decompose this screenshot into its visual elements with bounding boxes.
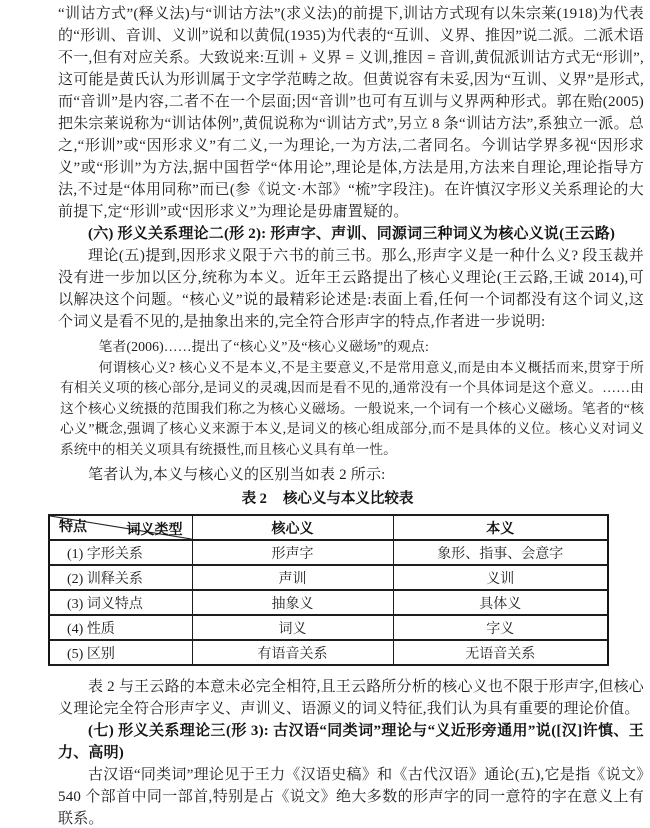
row-feature-cell: (1) 字形关系 [49, 540, 192, 565]
row-core-cell: 有语音关系 [192, 640, 393, 665]
row-feature-cell: (4) 性质 [49, 615, 192, 640]
quote-paragraph-1: 笔者(2006)……提出了“核心义”及“核心义磁场”的观点: [60, 337, 644, 358]
row-original-cell: 象形、指事、会意字 [393, 540, 608, 565]
table2-caption-title: 核心义与本义比较表 [283, 491, 414, 507]
row-original-cell: 具体义 [393, 590, 608, 615]
row-original-cell: 无语音关系 [393, 640, 608, 665]
row-core-cell: 声训 [192, 565, 393, 590]
row-feature-cell: (2) 训释关系 [49, 565, 192, 590]
paragraph-continuation: “训诂方式”(释义法)与“训诂方法”(求义法)的前提下,训诂方式现有以朱宗莱(1… [58, 3, 644, 223]
row-core-cell: 形声字 [192, 540, 393, 565]
row-core-cell: 抽象义 [192, 590, 393, 615]
block-quote: 笔者(2006)……提出了“核心义”及“核心义磁场”的观点: 何谓核心义? 核心… [60, 337, 644, 460]
row-original-cell: 义训 [393, 565, 608, 590]
table-row: (2) 训释关系 声训 义训 [49, 565, 608, 590]
column-header-core-meaning: 核心义 [192, 515, 393, 540]
table-row: (3) 词义特点 抽象义 具体义 [49, 590, 608, 615]
table-row: (1) 字形关系 形声字 象形、指事、会意字 [49, 540, 608, 565]
table-row: (5) 区别 有语音关系 无语音关系 [49, 640, 608, 665]
section7-paragraph: 古汉语“同类词”理论见于王力《汉语史稿》和《古代汉语》通论(五),它是指《说文》… [58, 764, 644, 828]
section7-heading: (七) 形义关系理论三(形 3): 古汉语“同类词”理论与“义近形旁通用”说([… [58, 720, 644, 764]
quote-paragraph-2: 何谓核心义? 核心义不是本义,不是主要意义,不是常用意义,而是由本义概括而来,贯… [60, 358, 644, 461]
corner-label-word-meaning-type: 词义类型 [127, 519, 183, 539]
corner-label-feature: 特点 [59, 516, 87, 536]
table2-caption: 表 2核心义与本义比较表 [48, 491, 607, 508]
row-core-cell: 词义 [192, 615, 393, 640]
row-feature-cell: (3) 词义特点 [49, 590, 192, 615]
row-feature-cell: (5) 区别 [49, 640, 192, 665]
table2-caption-number: 表 2 [242, 491, 267, 507]
column-header-original-meaning: 本义 [393, 515, 608, 540]
comparison-table: 词义类型 特点 核心义 本义 (1) 字形关系 形声字 象形、指事、会意字 (2… [48, 514, 609, 666]
after-table-paragraph: 表 2 与王云路的本意未必完全相符,且王云路所分析的核心义也不限于形声字,但核心… [58, 676, 644, 720]
table-row: (4) 性质 词义 字义 [49, 615, 608, 640]
row-original-cell: 字义 [393, 615, 608, 640]
table-header-row: 词义类型 特点 核心义 本义 [49, 515, 608, 540]
table-corner-cell: 词义类型 特点 [49, 515, 192, 540]
table-lead-paragraph: 笔者认为,本义与核心义的区别当如表 2 所示: [58, 464, 644, 486]
section6-intro-paragraph: 理论(五)提到,因形求义限于六书的前三书。那么,形声字义是一种什么义? 段玉裁并… [58, 245, 644, 333]
paper-page: “训诂方式”(释义法)与“训诂方法”(求义法)的前提下,训诂方式现有以朱宗莱(1… [0, 0, 650, 828]
section6-heading: (六) 形义关系理论二(形 2): 形声字、声训、同源词三种词义为核心义说(王云… [58, 223, 644, 245]
